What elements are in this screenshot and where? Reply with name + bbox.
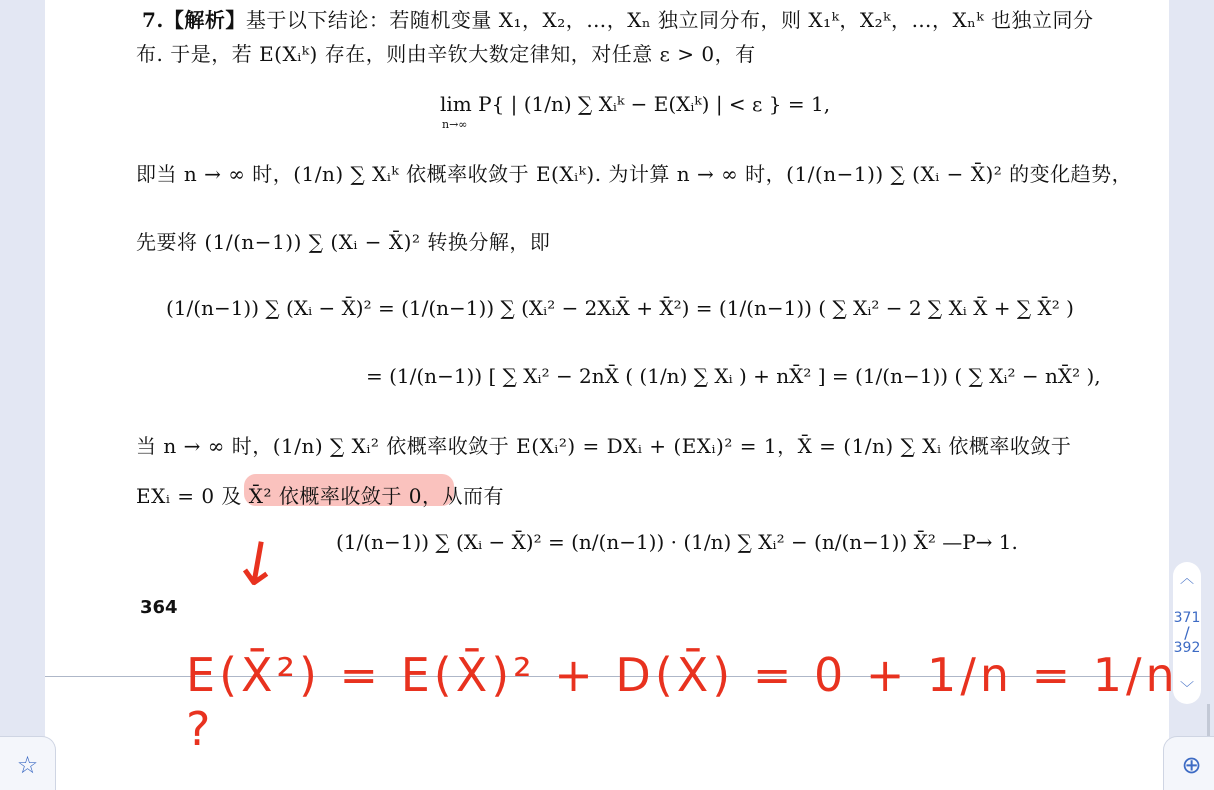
line-1-text: 基于以下结论：若随机变量 X₁，X₂，…，Xₙ 独立同分布，则 X₁ᵏ，X₂ᵏ，… xyxy=(246,8,1094,32)
page-navigator: ︿ 371 / 392 ﹀ xyxy=(1173,562,1201,704)
equation-1: lim P{ | (1/n) ∑ Xᵢᵏ − E(Xᵢᵏ) | < ε } = … xyxy=(440,92,830,116)
highlighted-text: X̄² 依概率收敛于 0 xyxy=(249,484,422,508)
line-5: 当 n → ∞ 时，(1/n) ∑ Xᵢ² 依概率收敛于 E(Xᵢ²) = DX… xyxy=(136,430,1071,459)
chevron-down-icon[interactable]: ﹀ xyxy=(1180,678,1194,698)
solution-label: 7.【解析】 xyxy=(142,8,246,32)
bookmark-button[interactable]: ☆ xyxy=(0,736,56,790)
chevron-up-icon[interactable]: ︿ xyxy=(1180,568,1194,588)
equation-2: (1/(n−1)) ∑ (Xᵢ − X̄)² = (1/(n−1)) ∑ (Xᵢ… xyxy=(166,296,1074,320)
line-4: 先要将 (1/(n−1)) ∑ (Xᵢ − X̄)² 转换分解，即 xyxy=(136,226,550,255)
total-pages: 392 xyxy=(1174,640,1201,656)
scrollbar[interactable] xyxy=(1207,704,1210,736)
handwritten-note: E(X̄²) = E(X̄)² + D(X̄) = 0 + 1/n = 1/n … xyxy=(186,648,1214,756)
line-6-start: EXᵢ = 0 及 xyxy=(136,484,249,508)
page-indicator: 371 / 392 xyxy=(1174,610,1201,656)
equation-3: = (1/(n−1)) [ ∑ Xᵢ² − 2nX̄ ( (1/n) ∑ Xᵢ … xyxy=(366,364,1101,388)
zoom-in-icon: ⊕ xyxy=(1181,751,1201,779)
star-icon: ☆ xyxy=(17,751,39,779)
equation-4: (1/(n−1)) ∑ (Xᵢ − X̄)² = (n/(n−1)) · (1/… xyxy=(336,530,1018,554)
page-separator: / xyxy=(1174,626,1201,640)
line-1: 7.【解析】基于以下结论：若随机变量 X₁，X₂，…，Xₙ 独立同分布，则 X₁… xyxy=(142,4,1094,33)
zoom-in-button[interactable]: ⊕ xyxy=(1163,736,1214,790)
limit-subscript: n→∞ xyxy=(442,118,467,131)
line-6-end: ，从而有 xyxy=(422,484,504,508)
page-number: 364 xyxy=(140,597,178,618)
line-2: 布. 于是，若 E(Xᵢᵏ) 存在，则由辛钦大数定律知，对任意 ε > 0，有 xyxy=(136,38,756,67)
line-6: EXᵢ = 0 及 X̄² 依概率收敛于 0，从而有 xyxy=(136,480,504,509)
equation-1-text: lim P{ | (1/n) ∑ Xᵢᵏ − E(Xᵢᵏ) | < ε } = … xyxy=(440,92,830,116)
line-3: 即当 n → ∞ 时，(1/n) ∑ Xᵢᵏ 依概率收敛于 E(Xᵢᵏ). 为计… xyxy=(136,158,1132,187)
